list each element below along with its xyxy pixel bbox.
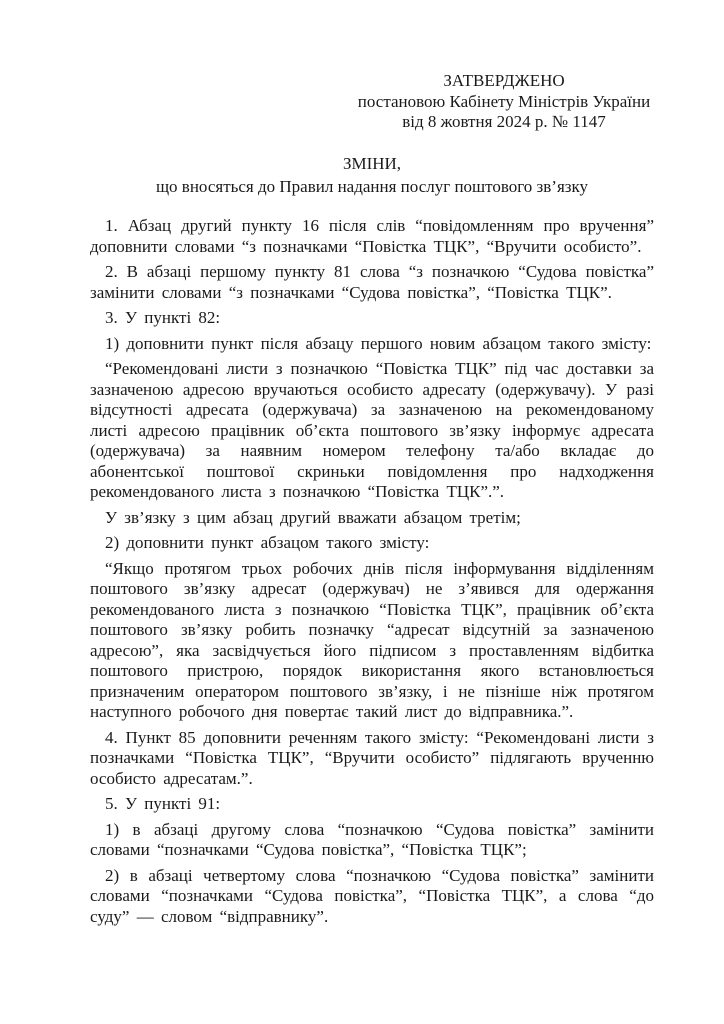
body-paragraph-8: “Якщо протягом трьох робочих днів після … — [90, 559, 654, 723]
body-paragraph-12: 2) в абзаці четвертому слова “позначкою … — [90, 866, 654, 928]
body-paragraph-1: 1. Абзац другий пункту 16 після слів “по… — [90, 216, 654, 257]
body-paragraph-7: 2) доповнити пункт абзацом такого змісту… — [90, 533, 654, 554]
body-paragraph-3: 3. У пункті 82: — [90, 308, 654, 329]
body-paragraph-4: 1) доповнити пункт після абзацу першого … — [90, 334, 654, 355]
approval-date-number: від 8 жовтня 2024 р. № 1147 — [352, 112, 656, 133]
body-paragraph-5: “Рекомендовані листи з позначкою “Повіст… — [90, 359, 654, 503]
document-body: 1. Абзац другий пункту 16 після слів “по… — [90, 216, 654, 927]
document-page: ЗАТВЕРДЖЕНО постановою Кабінету Міністрі… — [0, 0, 724, 1024]
body-paragraph-2: 2. В абзаці першому пункту 81 слова “з п… — [90, 262, 654, 303]
title-word: ЗМІНИ, — [90, 152, 654, 175]
body-paragraph-10: 5. У пункті 91: — [90, 794, 654, 815]
approval-block: ЗАТВЕРДЖЕНО постановою Кабінету Міністрі… — [352, 71, 656, 133]
title-subtitle: що вносяться до Правил надання послуг по… — [90, 175, 654, 198]
document-title: ЗМІНИ, що вносяться до Правил надання по… — [90, 152, 654, 198]
approval-label: ЗАТВЕРДЖЕНО — [352, 71, 656, 92]
body-paragraph-11: 1) в абзаці другому слова “позначкою “Су… — [90, 820, 654, 861]
approval-authority: постановою Кабінету Міністрів України — [352, 92, 656, 113]
body-paragraph-6: У зв’язку з цим абзац другий вважати абз… — [90, 508, 654, 529]
body-paragraph-9: 4. Пункт 85 доповнити реченням такого зм… — [90, 728, 654, 790]
